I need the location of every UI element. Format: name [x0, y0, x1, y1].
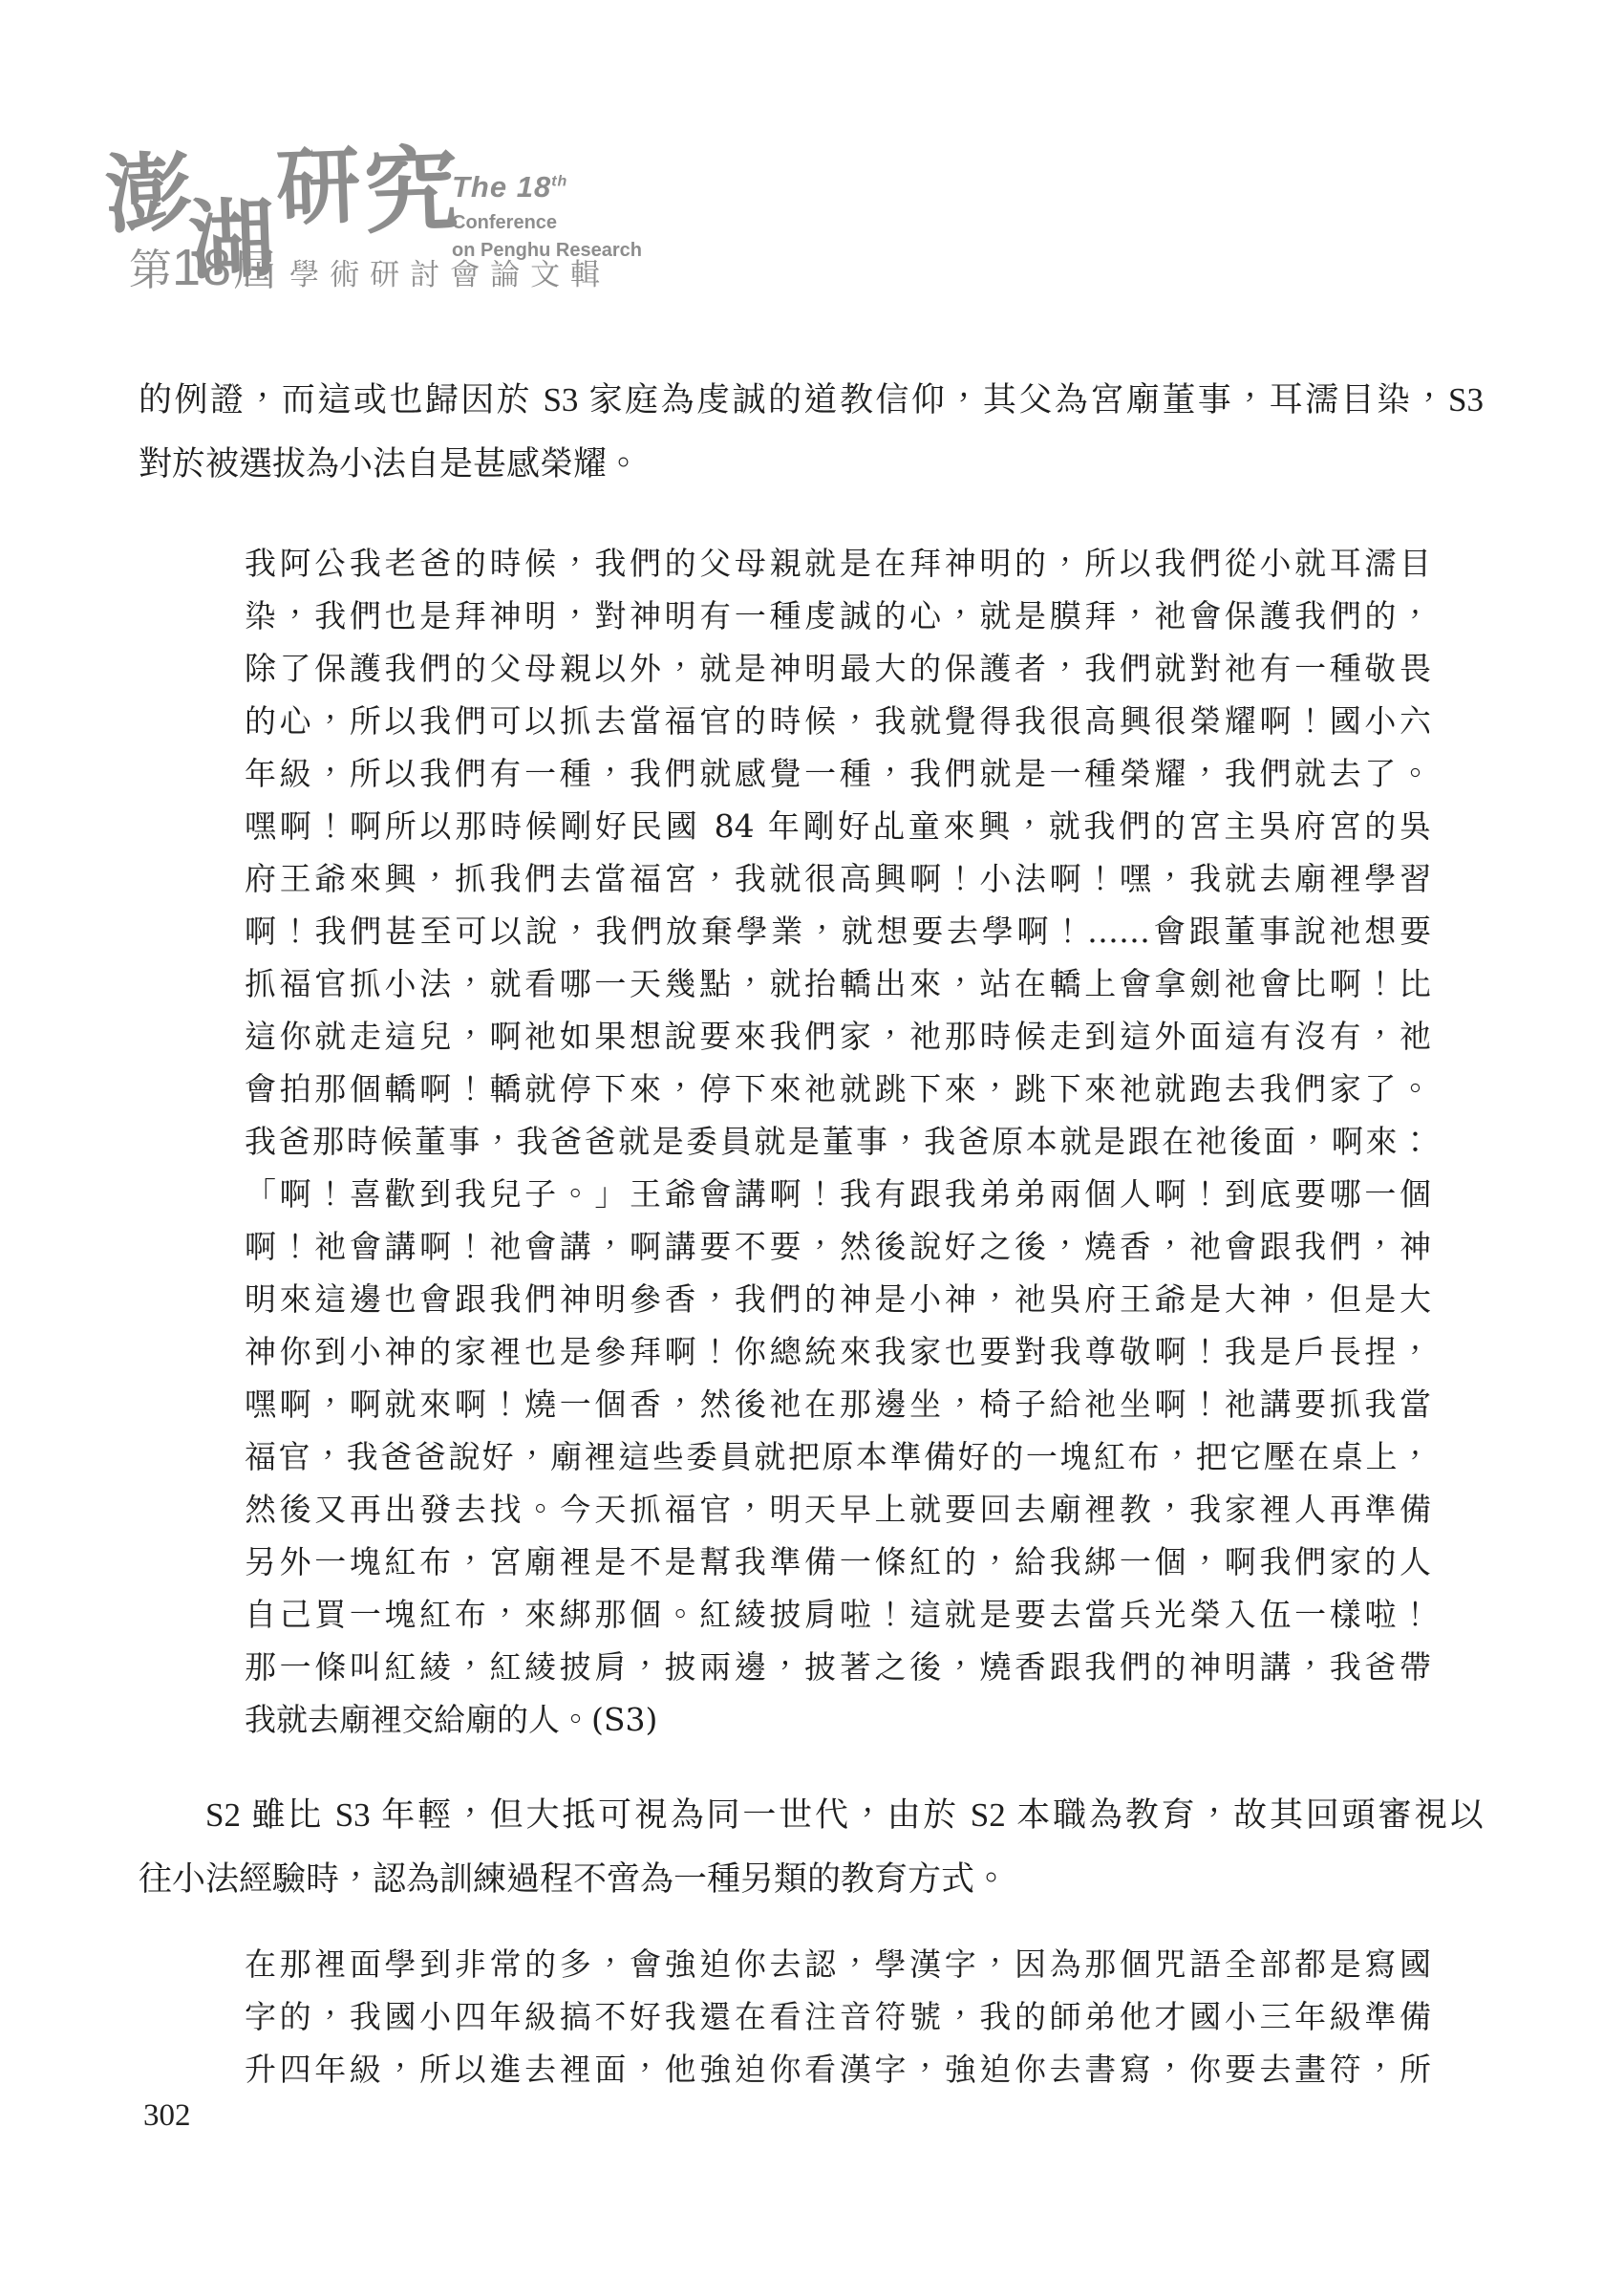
logo-english-title: The 18th [452, 172, 642, 202]
text-line: 往小法經驗時，認為訓練過程不啻為一種另類的教育方式。 [139, 1847, 1484, 1911]
logo-proceedings-title: 學術研討會論文輯 [289, 258, 610, 291]
text-line: 啊！祂會講啊！祂會講，啊講要不要，然後說好之後，燒香，祂會跟我們，神 [245, 1220, 1431, 1273]
logo-session-prefix: 第 [129, 246, 172, 294]
text-line: 除了保護我們的父母親以外，就是神明最大的保護者，我們就對祂有一種敬畏 [245, 642, 1431, 695]
text-line: 自己買一塊紅布，來綁那個。紅綾披肩啦！這就是要去當兵光榮入伍一樣啦！ [245, 1588, 1431, 1641]
text-line: 另外一塊紅布，宮廟裡是不是幫我準備一條紅的，給我綁一個，啊我們家的人 [245, 1536, 1431, 1588]
text-line: 升四年級，所以進去裡面，他強迫你看漢字，強迫你去書寫，你要去畫符，所 [245, 2043, 1431, 2095]
text-line: 明來這邊也會跟我們神明參香，我們的神是小神，祂吳府王爺是大神，但是大 [245, 1273, 1431, 1325]
text-line: 嘿啊！啊所以那時候剛好民國 84 年剛好乩童來興，就我們的宮主吳府宮的吳 [245, 800, 1431, 852]
text-line: 府王爺來興，抓我們去當福宮，我就很高興啊！小法啊！嘿，我就去廟裡學習 [245, 852, 1431, 905]
text-line: 對於被選拔為小法自是甚感榮耀。 [139, 432, 1484, 496]
text-line: 的心，所以我們可以抓去當福官的時候，我就覺得我很高興很榮耀啊！國小六 [245, 695, 1431, 747]
logo-calligraphy-char: 研 [274, 119, 362, 243]
text-line: 年級，所以我們有一種，我們就感覺一種，我們就是一種榮耀，我們就去了。 [245, 747, 1431, 800]
logo-english-title-sup: th [551, 174, 567, 190]
logo-chinese-subtitle: 第18屆學術研討會論文輯 [129, 235, 610, 297]
conference-logo: 澎 湖 研 究 The 18th Conference on Penghu Re… [100, 84, 673, 299]
text-line: 福官，我爸爸說好，廟裡這些委員就把原本準備好的一塊紅布，把它壓在桌上， [245, 1430, 1431, 1483]
text-line: 字的，我國小四年級搞不好我還在看注音符號，我的師弟他才國小三年級準備 [245, 1990, 1431, 2043]
text-line: S2 雖比 S3 年輕，但大抵可視為同一世代，由於 S2 本職為教育，故其回頭審… [139, 1783, 1484, 1847]
text-line: 染，我們也是拜神明，對神明有一種虔誠的心，就是膜拜，祂會保護我們的， [245, 590, 1431, 642]
logo-calligraphy-char: 究 [362, 115, 460, 252]
logo-session-number: 18 [172, 239, 233, 296]
text-line: 那一條叫紅綾，紅綾披肩，披兩邊，披著之後，燒香跟我們的神明講，我爸帶 [245, 1641, 1431, 1693]
logo-calligraphy-char: 澎 [102, 122, 195, 251]
text-line: 我就去廟裡交給廟的人。(S3) [245, 1693, 1431, 1746]
text-line: 啊！我們甚至可以說，我們放棄學業，就想要去學啊！……會跟董事說祂想要 [245, 905, 1431, 957]
logo-english-line2: Conference [452, 213, 642, 232]
text-line: 在那裡面學到非常的多，會強迫你去認，學漢字，因為那個咒語全部都是寫國 [245, 1938, 1431, 1990]
text-line: 抓福官抓小法，就看哪一天幾點，就抬轎出來，站在轎上會拿劍祂會比啊！比 [245, 957, 1431, 1010]
paragraph-1: 的例證，而這或也歸因於 S3 家庭為虔誠的道教信仰，其父為宮廟董事，耳濡目染，S… [139, 368, 1484, 496]
text-line: 我爸那時候董事，我爸爸就是委員就是董事，我爸原本就是跟在祂後面，啊來： [245, 1115, 1431, 1168]
text-line: 我阿公我老爸的時候，我們的父母親就是在拜神明的，所以我們從小就耳濡目 [245, 537, 1431, 590]
text-line: 神你到小神的家裡也是參拜啊！你總統來我家也要對我尊敬啊！我是戶長捏， [245, 1325, 1431, 1378]
logo-session-suffix: 屆 [233, 246, 276, 294]
text-line: 的例證，而這或也歸因於 S3 家庭為虔誠的道教信仰，其父為宮廟董事，耳濡目染，S… [139, 368, 1484, 432]
page-number: 302 [143, 2098, 191, 2134]
interview-quote-s2: 在那裡面學到非常的多，會強迫你去認，學漢字，因為那個咒語全部都是寫國字的，我國小… [245, 1938, 1431, 2095]
text-line: 會拍那個轎啊！轎就停下來，停下來祂就跳下來，跳下來祂就跑去我們家了。 [245, 1063, 1431, 1115]
text-line: 嘿啊，啊就來啊！燒一個香，然後祂在那邊坐，椅子給祂坐啊！祂講要抓我當 [245, 1378, 1431, 1430]
paragraph-2: S2 雖比 S3 年輕，但大抵可視為同一世代，由於 S2 本職為教育，故其回頭審… [139, 1783, 1484, 1911]
text-line: 「啊！喜歡到我兒子。」王爺會講啊！我有跟我弟弟兩個人啊！到底要哪一個 [245, 1168, 1431, 1220]
interview-quote-s3: 我阿公我老爸的時候，我們的父母親就是在拜神明的，所以我們從小就耳濡目染，我們也是… [245, 537, 1431, 1746]
document-page: 澎 湖 研 究 The 18th Conference on Penghu Re… [0, 0, 1624, 2278]
logo-english-title-text: The 18 [452, 170, 551, 204]
text-line: 這你就走這兒，啊祂如果想說要來我們家，祂那時候走到這外面這有沒有，祂 [245, 1010, 1431, 1063]
text-line: 然後又再出發去找。今天抓福官，明天早上就要回去廟裡教，我家裡人再準備 [245, 1483, 1431, 1536]
